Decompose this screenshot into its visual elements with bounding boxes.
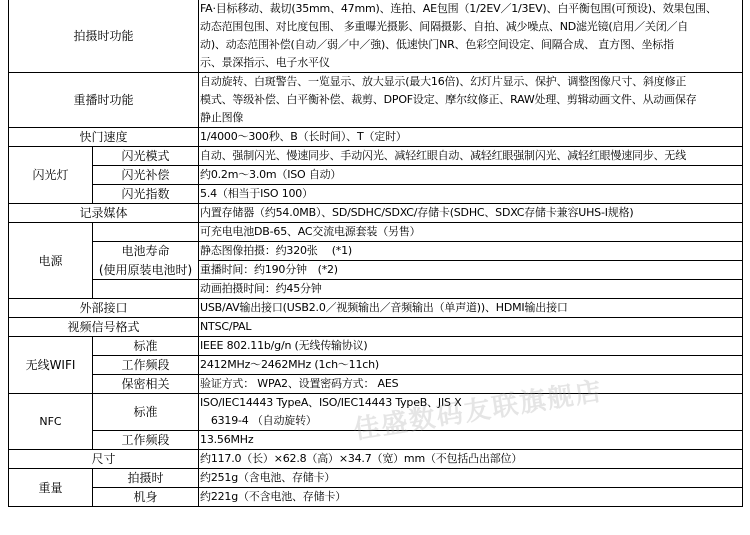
value-flash-guide-number: 5.4（相当于ISO 100）	[199, 185, 743, 204]
row-storage: 记录媒体 内置存储器（约54.0MB）、SD/SDHC/SDXC/存储卡(SDH…	[9, 204, 743, 223]
value-nfc-standard: ISO/IEC14443 TypeA、ISO/IEC14443 TypeB、JI…	[199, 394, 743, 431]
text-line: 静止图像	[200, 109, 741, 127]
label-flash-guide-number: 闪光指数	[93, 185, 199, 204]
value-power-still: 静态图像拍摄：约320张 (*1)	[199, 242, 743, 261]
value-dimensions: 约117.0（长）×62.8（高）×34.7（宽）mm（不包括凸出部位）	[199, 450, 743, 469]
row-power-still: 电池寿命 静态图像拍摄：约320张 (*1)	[9, 242, 743, 261]
label-battery-note: (使用原装电池时)	[93, 261, 199, 280]
label-weight: 重量	[9, 469, 93, 507]
label-storage: 记录媒体	[9, 204, 199, 223]
label-wifi-standard: 标准	[93, 337, 199, 356]
row-flash-range: 闪光补偿 约0.2m～3.0m（ISO 自动）	[9, 166, 743, 185]
text-line: 模式、等级补偿、白平衡补偿、裁剪、DPOF设定、摩尔纹修正、RAW处理、剪辑动画…	[200, 91, 741, 109]
label-nfc-standard: 标准	[93, 394, 199, 431]
value-wifi-standard: IEEE 802.11b/g/n (无线传输协议)	[199, 337, 743, 356]
label-shutter-speed: 快门速度	[9, 128, 199, 147]
value-weight-shooting: 约251g（含电池、存储卡）	[199, 469, 743, 488]
value-nfc-band: 13.56MHz	[199, 431, 743, 450]
value-flash-mode: 自动、强制闪光、慢速同步、手动闪光、减轻红眼自动、减轻红眼强制闪光、减轻红眼慢速…	[199, 147, 743, 166]
label-weight-shooting: 拍摄时	[93, 469, 199, 488]
text-line: 6319-4 （自动旋转）	[200, 412, 741, 430]
label-playback-functions: 重播时功能	[9, 73, 199, 128]
label-video-signal: 视频信号格式	[9, 318, 199, 337]
value-power-battery: 可充电电池DB-65、AC交流电源套装（另售）	[199, 223, 743, 242]
value-wifi-band: 2412MHz～2462MHz (1ch～11ch)	[199, 356, 743, 375]
value-weight-body: 约221g（不含电池、存储卡）	[199, 488, 743, 507]
label-power-empty	[93, 223, 199, 242]
row-weight-body: 机身 约221g（不含电池、存储卡）	[9, 488, 743, 507]
value-external-interface: USB/AV输出接口(USB2.0／视频输出／音频输出（单声道))、HDMI输出…	[199, 299, 743, 318]
row-power-battery: 电源 可充电电池DB-65、AC交流电源套装（另售）	[9, 223, 743, 242]
label-power: 电源	[9, 223, 93, 299]
row-external-interface: 外部接口 USB/AV输出接口(USB2.0／视频输出／音频输出（单声道))、H…	[9, 299, 743, 318]
value-flash-range: 约0.2m～3.0m（ISO 自动）	[199, 166, 743, 185]
row-dimensions: 尺寸 约117.0（长）×62.8（高）×34.7（宽）mm（不包括凸出部位）	[9, 450, 743, 469]
label-wifi-band: 工作频段	[93, 356, 199, 375]
row-nfc-band: 工作频段 13.56MHz	[9, 431, 743, 450]
label-power-empty-2	[93, 280, 199, 299]
row-power-movie: 动画拍摄时间：约45分钟	[9, 280, 743, 299]
row-wifi-standard: 无线WIFI 标准 IEEE 802.11b/g/n (无线传输协议)	[9, 337, 743, 356]
row-nfc-standard: NFC 标准 ISO/IEC14443 TypeA、ISO/IEC14443 T…	[9, 394, 743, 431]
row-flash-guide-number: 闪光指数 5.4（相当于ISO 100）	[9, 185, 743, 204]
text-line: 自动旋转、白斑警告、一览显示、放大显示(最大16倍)、幻灯片显示、保护、调整图像…	[200, 73, 741, 91]
row-flash-mode: 闪光灯 闪光模式 自动、强制闪光、慢速同步、手动闪光、减轻红眼自动、减轻红眼强制…	[9, 147, 743, 166]
label-weight-body: 机身	[93, 488, 199, 507]
label-dimensions: 尺寸	[9, 450, 199, 469]
value-storage: 内置存储器（约54.0MB）、SD/SDHC/SDXC/存储卡(SDHC、SDX…	[199, 204, 743, 223]
row-video-signal: 视频信号格式 NTSC/PAL	[9, 318, 743, 337]
label-nfc: NFC	[9, 394, 93, 450]
value-video-signal: NTSC/PAL	[199, 318, 743, 337]
text-line: 动)、动态范围补偿(自动／弱／中／強)、低速快门NR、色彩空间设定、间隔合成、 …	[200, 36, 741, 54]
spec-table: 拍摄时功能 FA·目标移动、裁切(35mm、47mm)、连拍、AE包围（1/2E…	[8, 0, 743, 507]
value-shutter-speed: 1/4000～300秒、B（长时间）、T（定时）	[199, 128, 743, 147]
label-shooting-functions: 拍摄时功能	[9, 0, 199, 73]
text-line: 动态范围包围、对比度包围、 多重曝光摄影、间隔摄影、自拍、减少噪点、ND滤光镜(…	[200, 18, 741, 36]
text-line: FA·目标移动、裁切(35mm、47mm)、连拍、AE包围（1/2EV／1/3E…	[200, 0, 741, 18]
value-wifi-security: 验证方式： WPA2、设置密码方式： AES	[199, 375, 743, 394]
text-line: ISO/IEC14443 TypeA、ISO/IEC14443 TypeB、JI…	[200, 394, 741, 412]
label-flash-range: 闪光补偿	[93, 166, 199, 185]
row-shutter-speed: 快门速度 1/4000～300秒、B（长时间）、T（定时）	[9, 128, 743, 147]
label-battery-life: 电池寿命	[93, 242, 199, 261]
label-flash-mode: 闪光模式	[93, 147, 199, 166]
text-line: 示、景深指示、电子水平仪	[200, 54, 741, 72]
row-playback-functions: 重播时功能 自动旋转、白斑警告、一览显示、放大显示(最大16倍)、幻灯片显示、保…	[9, 73, 743, 128]
row-weight-shooting: 重量 拍摄时 约251g（含电池、存储卡）	[9, 469, 743, 488]
row-shooting-functions: 拍摄时功能 FA·目标移动、裁切(35mm、47mm)、连拍、AE包围（1/2E…	[9, 0, 743, 73]
label-nfc-band: 工作频段	[93, 431, 199, 450]
value-power-movie: 动画拍摄时间：约45分钟	[199, 280, 743, 299]
label-external-interface: 外部接口	[9, 299, 199, 318]
label-flash: 闪光灯	[9, 147, 93, 204]
label-wifi: 无线WIFI	[9, 337, 93, 394]
value-playback-functions: 自动旋转、白斑警告、一览显示、放大显示(最大16倍)、幻灯片显示、保护、调整图像…	[199, 73, 743, 128]
row-wifi-band: 工作频段 2412MHz～2462MHz (1ch～11ch)	[9, 356, 743, 375]
value-power-playback: 重播时间：约190分钟 (*2)	[199, 261, 743, 280]
value-shooting-functions: FA·目标移动、裁切(35mm、47mm)、连拍、AE包围（1/2EV／1/3E…	[199, 0, 743, 73]
row-power-playback: (使用原装电池时) 重播时间：约190分钟 (*2)	[9, 261, 743, 280]
row-wifi-security: 保密相关 验证方式： WPA2、设置密码方式： AES	[9, 375, 743, 394]
label-wifi-security: 保密相关	[93, 375, 199, 394]
